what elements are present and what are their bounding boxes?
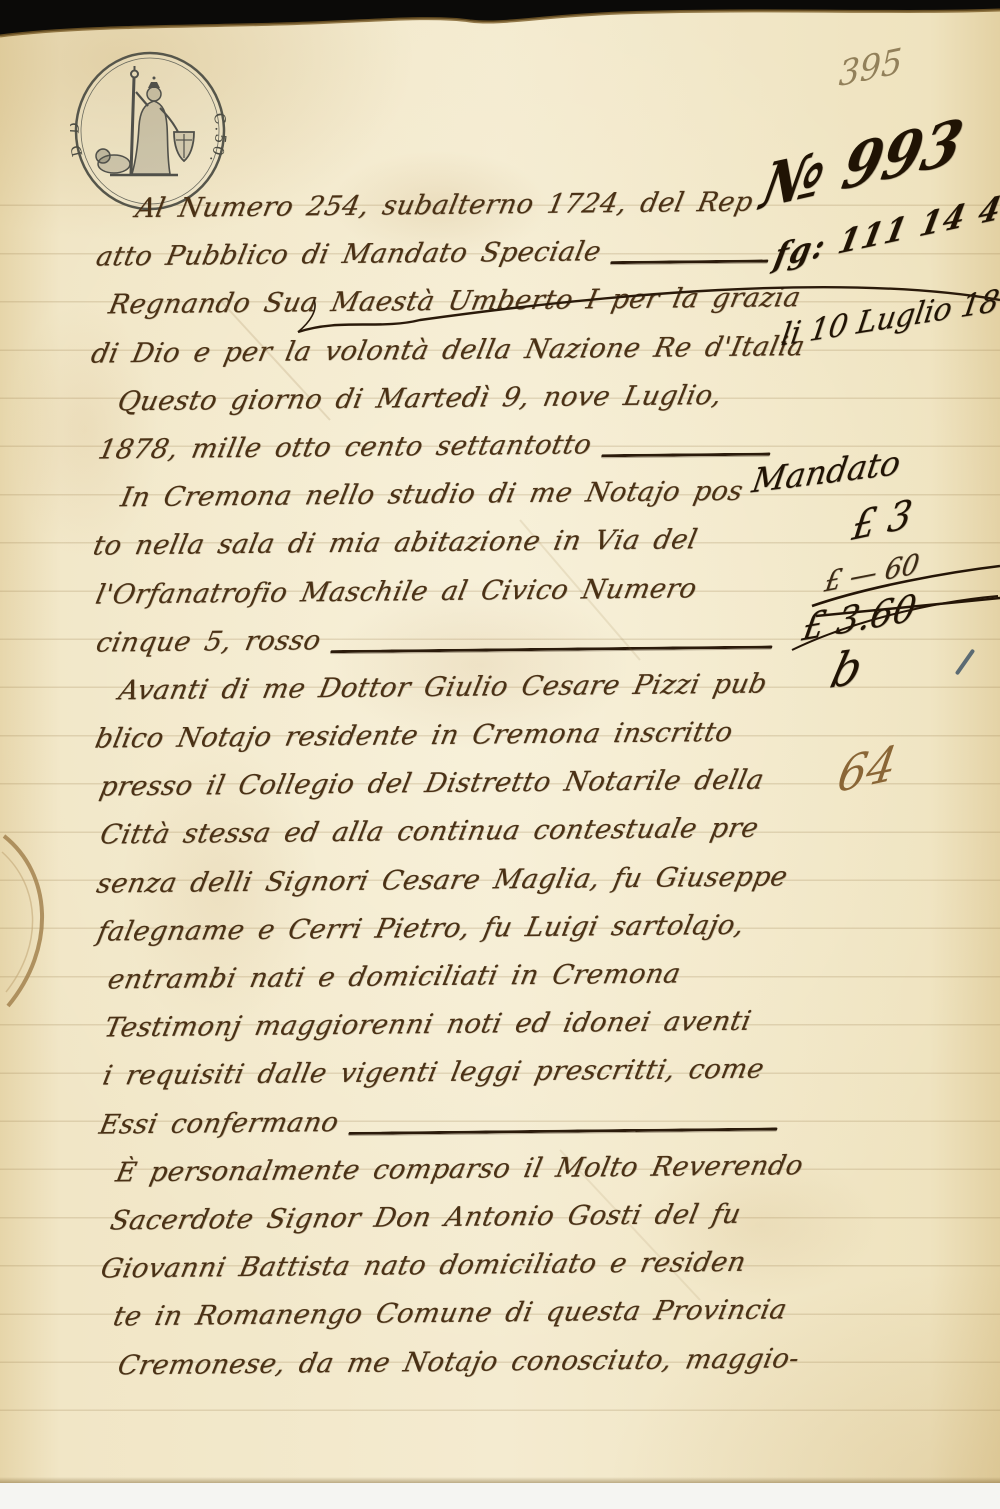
manuscript-line: to nella sala di mia abitazione in Via d…: [89, 516, 781, 571]
manuscript-line: blico Notajo residente in Cremona inscri…: [91, 708, 783, 763]
manuscript-line: Questo giorno di Martedì 9, nove Luglio,: [87, 371, 779, 426]
scanner-background: [0, 1483, 1000, 1509]
manuscript-line: entrambi nati e domiciliati in Cremona: [93, 949, 785, 1004]
date-annotation: li 10 Luglio 1878: [779, 277, 1000, 354]
ink-filler-rule: [348, 1127, 778, 1135]
manuscript-line: presso il Collegio del Distretto Notaril…: [91, 757, 783, 812]
manuscript-page: C.50. D D Al Numero 254, subalterno 1724…: [0, 0, 1000, 1483]
manuscript-line: Essi confermano: [95, 1094, 787, 1149]
manuscript-line: atto Pubblico di Mandato Speciale: [86, 227, 778, 282]
fee-line-1: £ 3: [849, 491, 915, 550]
page-torn-edge: [0, 0, 1000, 46]
manuscript-lines: Al Numero 254, subalterno 1724, del Repa…: [90, 178, 785, 1390]
manuscript-line: 1878, mille otto cento settantotto: [88, 419, 780, 474]
ink-filler-rule: [601, 453, 771, 458]
manuscript-line: cinque 5, rosso: [90, 612, 782, 667]
manuscript-line: Avanti di me Dottor Giulio Cesare Pizzi …: [90, 660, 782, 715]
manuscript-line: senza delli Signori Cesare Maglia, fu Gi…: [92, 853, 784, 908]
margin-mark: 64: [834, 734, 901, 804]
manuscript-line: Città stessa ed alla continua contestual…: [92, 805, 784, 860]
manuscript-line: Giovanni Battista nato domiciliato e res…: [96, 1238, 788, 1293]
manuscript-line: di Dio e per la volontà della Nazione Re…: [87, 323, 779, 378]
manuscript-line: In Cremona nello studio di me Notajo pos: [88, 468, 780, 523]
manuscript-line: l'Orfanatrofio Maschile al Civico Numero: [89, 564, 781, 619]
manuscript-line: falegname e Cerri Pietro, fu Luigi sarto…: [93, 901, 785, 956]
ink-filler-rule: [330, 645, 773, 653]
manuscript-line: Sacerdote Signor Don Antonio Gosti del f…: [96, 1190, 788, 1245]
manuscript-line: te in Romanengo Comune di questa Provinc…: [97, 1287, 789, 1342]
manuscript-line: Testimonj maggiorenni noti ed idonei ave…: [94, 998, 786, 1053]
manuscript-line: i requisiti dalle vigenti leggi prescrit…: [94, 1046, 786, 1101]
manuscript-line: Cremonese, da me Notajo conosciuto, magg…: [97, 1335, 789, 1390]
manuscript-line: Al Numero 254, subalterno 1724, del Rep: [85, 178, 777, 233]
archive-page-number: 395: [838, 41, 903, 96]
manuscript-line: Regnando Sua Maestà Umberto I per la gra…: [86, 275, 778, 330]
manuscript-line: È personalmente comparso il Molto Revere…: [95, 1142, 787, 1197]
ink-filler-rule: [610, 260, 768, 265]
pencil-slash-mark: [955, 649, 975, 676]
notary-paraph: b: [825, 639, 868, 700]
